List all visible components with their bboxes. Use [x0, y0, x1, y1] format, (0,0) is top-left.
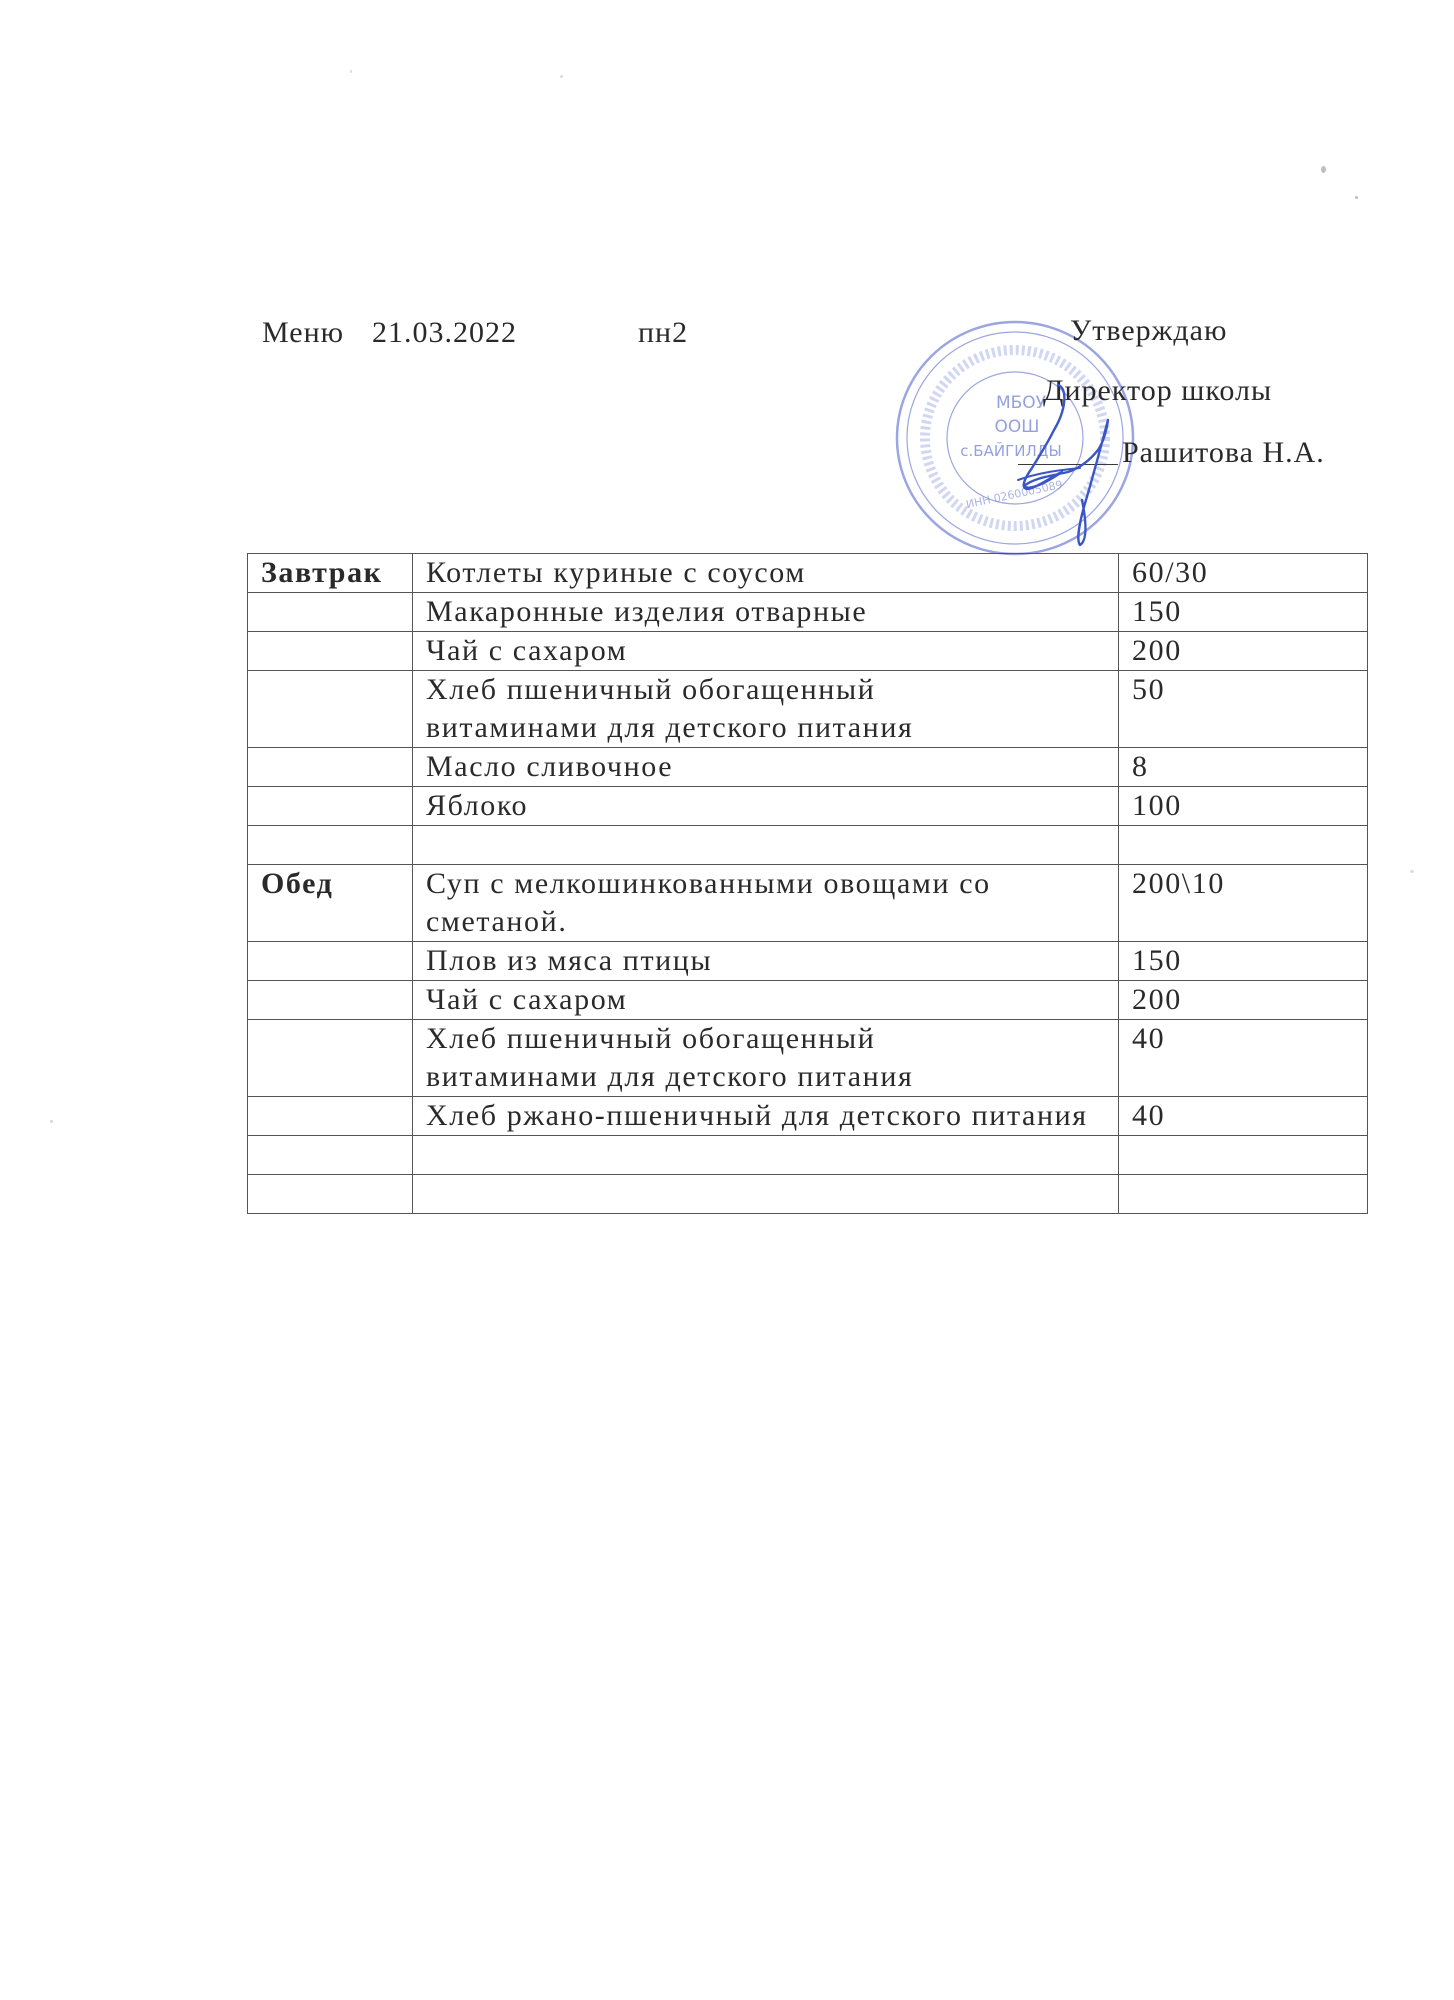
stamp-line-1: МБОУ — [996, 393, 1047, 413]
table-row: ЗавтракКотлеты куриные с соусом60/30 — [248, 554, 1368, 593]
meal-cell — [248, 1175, 413, 1214]
dish-cell: Масло сливочное — [413, 748, 1119, 787]
dish-cell: Макаронные изделия отварные — [413, 593, 1119, 632]
meal-cell — [248, 748, 413, 787]
portion-cell: 50 — [1119, 671, 1368, 748]
meal-cell — [248, 1136, 413, 1175]
table-row: Макаронные изделия отварные150 — [248, 593, 1368, 632]
meal-cell: Обед — [248, 865, 413, 942]
scan-speck — [350, 70, 352, 73]
table-row: Плов из мяса птицы150 — [248, 942, 1368, 981]
director-position: Директор школы — [1043, 376, 1272, 406]
meal-cell — [248, 593, 413, 632]
dish-cell: Яблоко — [413, 787, 1119, 826]
portion-cell: 8 — [1119, 748, 1368, 787]
table-row: Хлеб пшеничный обогащенный витаминами дл… — [248, 1020, 1368, 1097]
menu-date: 21.03.2022 — [372, 318, 517, 348]
table-row — [248, 1136, 1368, 1175]
meal-cell — [248, 1097, 413, 1136]
dish-cell: Котлеты куриные с соусом — [413, 554, 1119, 593]
portion-cell: 200 — [1119, 632, 1368, 671]
school-stamp-icon: МБОУ ООШ с.БАЙГИЛДЫ ИНН 0260005089 — [893, 318, 1137, 558]
meal-cell — [248, 981, 413, 1020]
table-row: Хлеб ржано-пшеничный для детского питани… — [248, 1097, 1368, 1136]
stamp-inn: ИНН 0260005089 — [965, 478, 1064, 511]
signature-line — [1018, 464, 1118, 465]
portion-cell: 150 — [1119, 942, 1368, 981]
menu-title: Меню — [262, 318, 344, 348]
portion-cell: 60/30 — [1119, 554, 1368, 593]
portion-cell — [1119, 1136, 1368, 1175]
dish-cell — [413, 1175, 1119, 1214]
meal-cell — [248, 671, 413, 748]
dish-cell: Плов из мяса птицы — [413, 942, 1119, 981]
portion-cell: 200 — [1119, 981, 1368, 1020]
stamp-line-3: с.БАЙГИЛДЫ — [960, 441, 1061, 460]
table-row — [248, 1175, 1368, 1214]
dish-cell — [413, 826, 1119, 865]
dish-cell: Хлеб ржано-пшеничный для детского питани… — [413, 1097, 1119, 1136]
meal-cell: Завтрак — [248, 554, 413, 593]
meal-cell — [248, 787, 413, 826]
table-row: Чай с сахаром200 — [248, 632, 1368, 671]
portion-cell: 150 — [1119, 593, 1368, 632]
portion-cell: 40 — [1119, 1020, 1368, 1097]
menu-table: ЗавтракКотлеты куриные с соусом60/30Мака… — [247, 553, 1368, 1214]
scan-speck — [50, 1120, 53, 1123]
portion-cell: 200\10 — [1119, 865, 1368, 942]
meal-cell — [248, 1020, 413, 1097]
dish-cell: Хлеб пшеничный обогащенный витаминами дл… — [413, 671, 1119, 748]
meal-cell — [248, 632, 413, 671]
scan-speck — [1410, 870, 1414, 873]
scan-speck — [1355, 196, 1358, 199]
director-name: Рашитова Н.А. — [1122, 438, 1325, 468]
portion-cell — [1119, 1175, 1368, 1214]
menu-day-code: пн2 — [638, 318, 688, 348]
table-row: Хлеб пшеничный обогащенный витаминами дл… — [248, 671, 1368, 748]
dish-cell: Суп с мелкошинкованными овощами со смета… — [413, 865, 1119, 942]
table-row: Масло сливочное8 — [248, 748, 1368, 787]
table-row: Чай с сахаром200 — [248, 981, 1368, 1020]
scan-speck — [1321, 166, 1326, 173]
meal-cell — [248, 826, 413, 865]
portion-cell: 100 — [1119, 787, 1368, 826]
portion-cell: 40 — [1119, 1097, 1368, 1136]
table-row: Яблоко100 — [248, 787, 1368, 826]
dish-cell: Чай с сахаром — [413, 981, 1119, 1020]
menu-table-body: ЗавтракКотлеты куриные с соусом60/30Мака… — [248, 554, 1368, 1214]
table-row: ОбедСуп с мелкошинкованными овощами со с… — [248, 865, 1368, 942]
scan-speck — [560, 75, 563, 78]
dish-cell — [413, 1136, 1119, 1175]
stamp-line-2: ООШ — [995, 417, 1040, 437]
dish-cell: Хлеб пшеничный обогащенный витаминами дл… — [413, 1020, 1119, 1097]
portion-cell — [1119, 826, 1368, 865]
meal-cell — [248, 942, 413, 981]
approve-label: Утверждаю — [1070, 316, 1227, 346]
table-row — [248, 826, 1368, 865]
dish-cell: Чай с сахаром — [413, 632, 1119, 671]
